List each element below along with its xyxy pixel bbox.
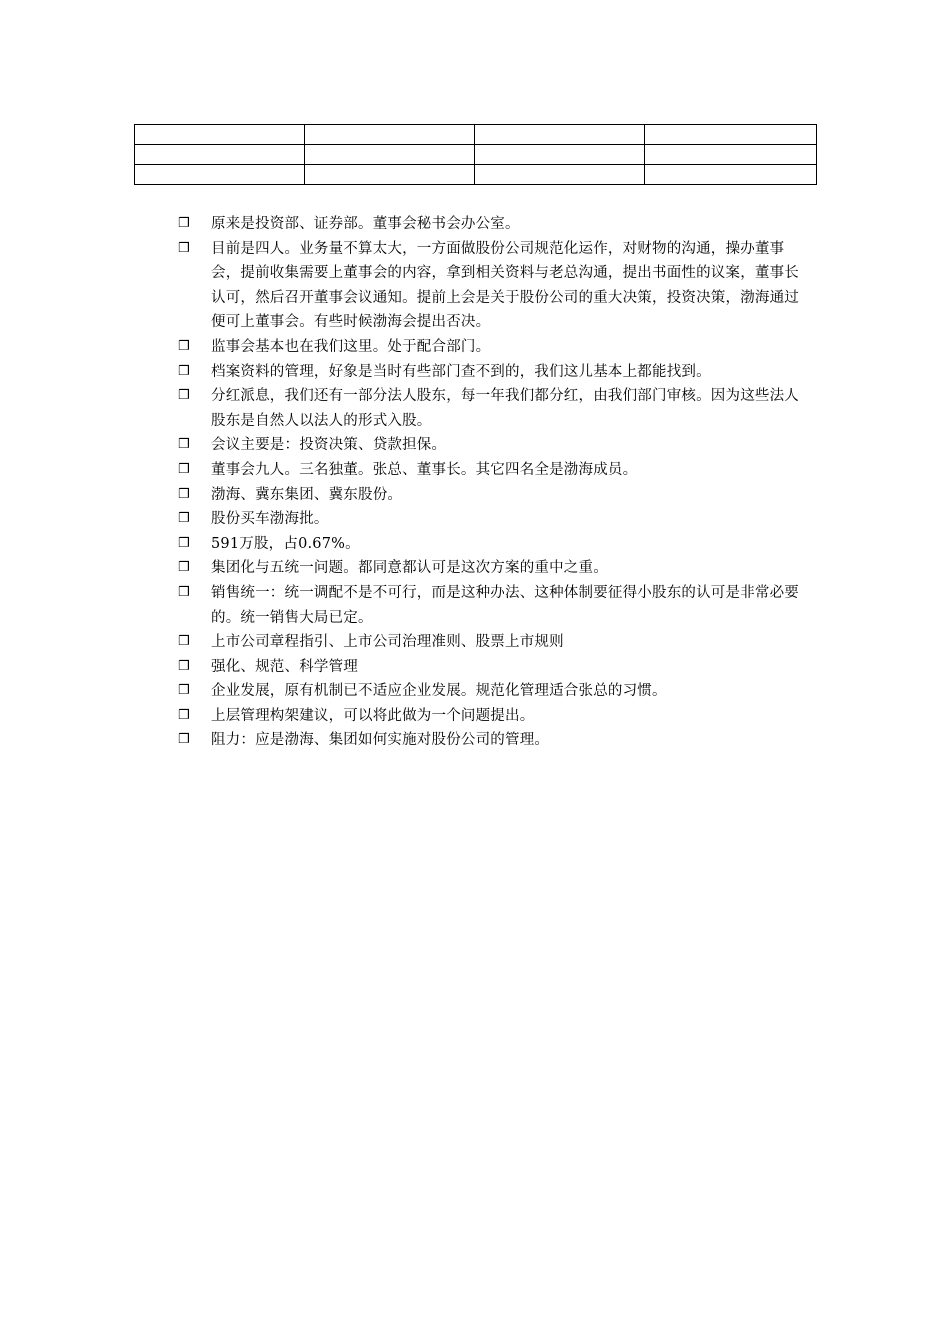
box-bullet-icon: ❒ [178, 433, 190, 458]
list-item-text: 股份买车渤海批。 [211, 507, 810, 532]
list-item: ❒上市公司章程指引、上市公司治理准则、股票上市规则 [178, 630, 810, 655]
list-item: ❒强化、规范、科学管理 [178, 655, 810, 680]
list-item: ❒分红派息，我们还有一部分法人股东，每一年我们都分红，由我们部门审核。因为这些法… [178, 384, 810, 433]
table-cell [475, 125, 645, 145]
bullet-list: ❒原来是投资部、证券部。董事会秘书会办公室。 ❒目前是四人。业务量不算太大，一方… [178, 212, 810, 753]
box-bullet-icon: ❒ [178, 384, 190, 409]
table-cell [305, 145, 475, 165]
list-item-text: 分红派息，我们还有一部分法人股东，每一年我们都分红，由我们部门审核。因为这些法人… [211, 384, 810, 433]
table-row [135, 145, 817, 165]
box-bullet-icon: ❒ [178, 532, 190, 557]
table-cell [305, 165, 475, 185]
table-cell [645, 165, 817, 185]
list-item-text: 销售统一：统一调配不是不可行，而是这种办法、这种体制要征得小股东的认可是非常必要… [211, 581, 810, 630]
box-bullet-icon: ❒ [178, 507, 190, 532]
list-item-text: 原来是投资部、证券部。董事会秘书会办公室。 [211, 212, 810, 237]
list-item-text: 企业发展，原有机制已不适应企业发展。规范化管理适合张总的习惯。 [211, 679, 810, 704]
list-item-text: 集团化与五统一问题。都同意都认可是这次方案的重中之重。 [211, 556, 810, 581]
box-bullet-icon: ❒ [178, 630, 190, 655]
box-bullet-icon: ❒ [178, 483, 190, 508]
list-item: ❒目前是四人。业务量不算太大，一方面做股份公司规范化运作，对财物的沟通，操办董事… [178, 237, 810, 335]
table-row [135, 125, 817, 145]
list-item: ❒监事会基本也在我们这里。处于配合部门。 [178, 335, 810, 360]
list-item-text: 目前是四人。业务量不算太大，一方面做股份公司规范化运作，对财物的沟通，操办董事会… [211, 237, 810, 335]
box-bullet-icon: ❒ [178, 212, 190, 237]
table-row [135, 165, 817, 185]
box-bullet-icon: ❒ [178, 581, 190, 606]
list-item-text: 上层管理构架建议，可以将此做为一个问题提出。 [211, 704, 810, 729]
list-item-text: 董事会九人。三名独董。张总、董事长。其它四名全是渤海成员。 [211, 458, 810, 483]
list-item: ❒原来是投资部、证券部。董事会秘书会办公室。 [178, 212, 810, 237]
box-bullet-icon: ❒ [178, 360, 190, 385]
box-bullet-icon: ❒ [178, 704, 190, 729]
list-item: ❒董事会九人。三名独董。张总、董事长。其它四名全是渤海成员。 [178, 458, 810, 483]
list-item: ❒股份买车渤海批。 [178, 507, 810, 532]
list-item-text: 阻力：应是渤海、集团如何实施对股份公司的管理。 [211, 728, 810, 753]
table-cell [135, 145, 305, 165]
list-item-text: 强化、规范、科学管理 [211, 655, 810, 680]
list-item: ❒阻力：应是渤海、集团如何实施对股份公司的管理。 [178, 728, 810, 753]
box-bullet-icon: ❒ [178, 679, 190, 704]
box-bullet-icon: ❒ [178, 237, 190, 262]
list-item-text: 渤海、冀东集团、冀东股份。 [211, 483, 810, 508]
box-bullet-icon: ❒ [178, 728, 190, 753]
box-bullet-icon: ❒ [178, 655, 190, 680]
table-cell [135, 165, 305, 185]
table-cell [645, 145, 817, 165]
list-item-text: 档案资料的管理，好象是当时有些部门查不到的，我们这儿基本上都能找到。 [211, 360, 810, 385]
box-bullet-icon: ❒ [178, 556, 190, 581]
list-item: ❒上层管理构架建议，可以将此做为一个问题提出。 [178, 704, 810, 729]
list-item: ❒档案资料的管理，好象是当时有些部门查不到的，我们这儿基本上都能找到。 [178, 360, 810, 385]
list-item-text: 上市公司章程指引、上市公司治理准则、股票上市规则 [211, 630, 810, 655]
list-item-text: 会议主要是：投资决策、贷款担保。 [211, 433, 810, 458]
box-bullet-icon: ❒ [178, 458, 190, 483]
table-cell [645, 125, 817, 145]
list-item: ❒销售统一：统一调配不是不可行，而是这种办法、这种体制要征得小股东的认可是非常必… [178, 581, 810, 630]
list-item: ❒渤海、冀东集团、冀东股份。 [178, 483, 810, 508]
empty-table [134, 124, 817, 185]
list-item-text: 监事会基本也在我们这里。处于配合部门。 [211, 335, 810, 360]
table-cell [135, 125, 305, 145]
list-item-text: 591万股，占0.67%。 [211, 532, 810, 557]
list-item: ❒591万股，占0.67%。 [178, 532, 810, 557]
table-cell [475, 165, 645, 185]
list-item: ❒企业发展，原有机制已不适应企业发展。规范化管理适合张总的习惯。 [178, 679, 810, 704]
document-page: ❒原来是投资部、证券部。董事会秘书会办公室。 ❒目前是四人。业务量不算太大，一方… [0, 0, 950, 1344]
list-item: ❒会议主要是：投资决策、贷款担保。 [178, 433, 810, 458]
table-cell [475, 145, 645, 165]
table-cell [305, 125, 475, 145]
list-item: ❒集团化与五统一问题。都同意都认可是这次方案的重中之重。 [178, 556, 810, 581]
box-bullet-icon: ❒ [178, 335, 190, 360]
